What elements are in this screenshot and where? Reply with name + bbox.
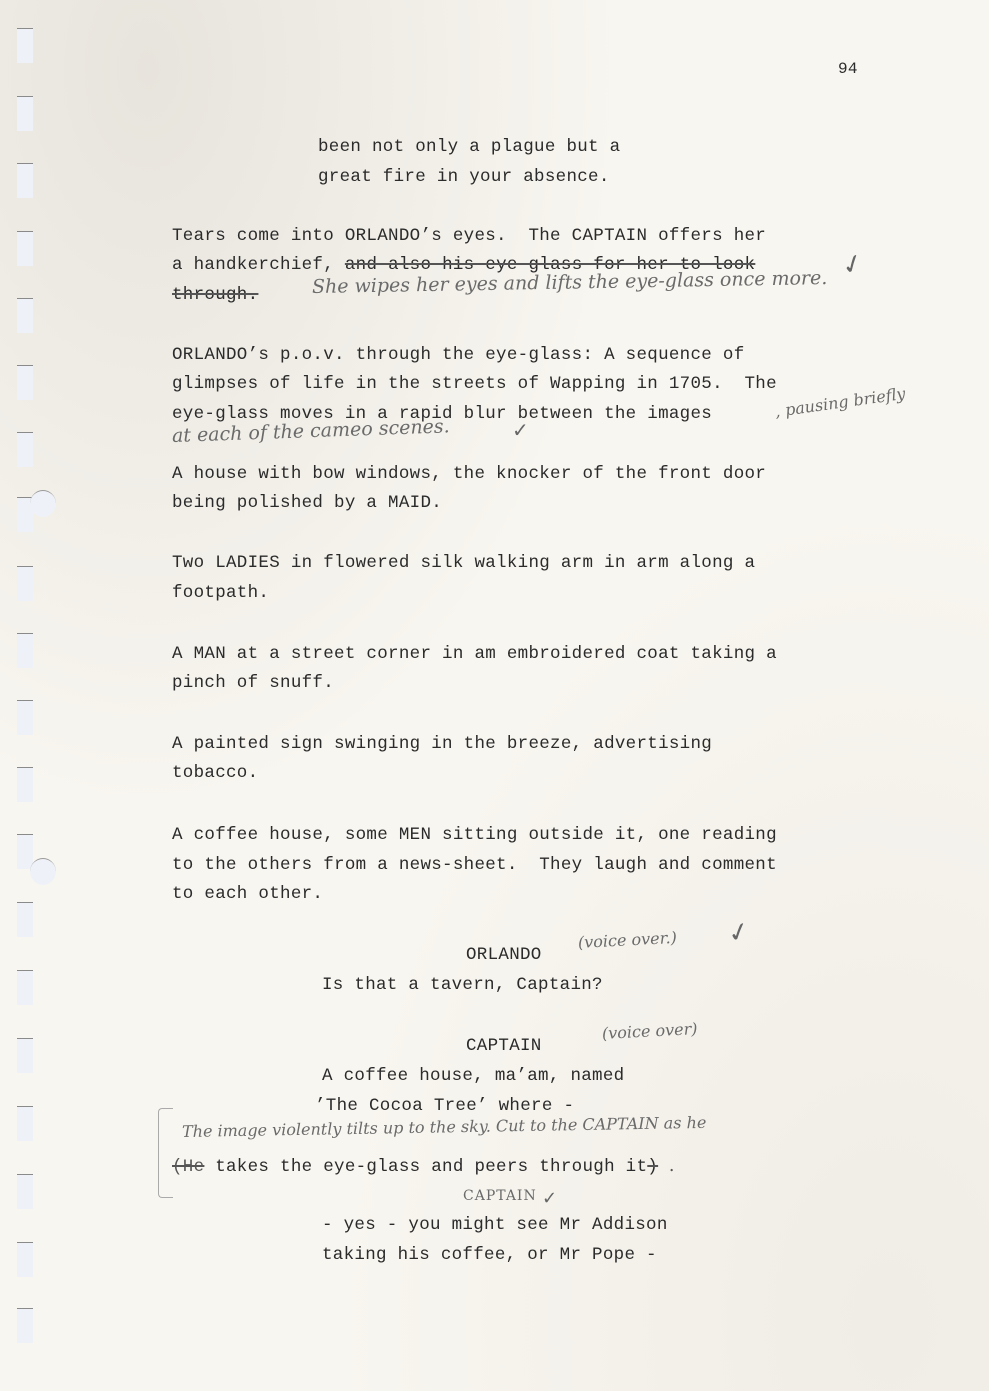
punch-hole <box>17 700 33 735</box>
punch-hole-round <box>30 490 56 517</box>
punch-hole <box>17 231 33 266</box>
character-name: CAPTAIN <box>466 1031 542 1061</box>
kept-text: takes the eye-glass and peers through it <box>204 1157 647 1177</box>
punch-hole <box>17 566 33 601</box>
action-line: pinch of snuff. <box>172 668 334 698</box>
action-line: being polished by a MAID. <box>172 488 442 518</box>
punch-hole <box>17 365 33 400</box>
punch-hole <box>17 970 33 1005</box>
action-line: to each other. <box>172 879 323 909</box>
action-line: Tears come into ORLANDO’s eyes. The CAPT… <box>172 221 766 251</box>
struck-text: (He <box>172 1157 204 1177</box>
check-mark-icon: ✓ <box>512 418 529 442</box>
action-line: to the others from a news-sheet. They la… <box>172 850 777 880</box>
punch-hole <box>17 28 33 63</box>
action-line: footpath. <box>172 578 269 608</box>
punch-hole <box>17 298 33 333</box>
punch-hole <box>17 633 33 668</box>
handwritten-period: . <box>669 1156 675 1176</box>
action-line: A house with bow windows, the knocker of… <box>172 459 766 489</box>
handwritten-note: CAPTAIN <box>463 1188 537 1204</box>
insertion-bracket <box>158 1108 173 1198</box>
struck-text: through. <box>172 280 258 310</box>
page-number: 94 <box>838 54 858 84</box>
punch-hole <box>17 1308 33 1343</box>
punch-hole <box>17 1242 33 1277</box>
dialogue-line: great fire in your absence. <box>318 162 610 192</box>
punch-hole-round <box>30 858 56 885</box>
dialogue-line: A coffee house, ma’am, named <box>322 1061 624 1091</box>
punch-hole <box>17 902 33 937</box>
dialogue-line: Is that a tavern, Captain? <box>322 970 603 1000</box>
punch-hole <box>17 1174 33 1209</box>
action-line: tobacco. <box>172 758 258 788</box>
action-line: ORLANDO’s p.o.v. through the eye-glass: … <box>172 340 745 370</box>
punch-hole <box>17 163 33 198</box>
punch-hole <box>17 96 33 131</box>
action-line: glimpses of life in the streets of Wappi… <box>172 369 777 399</box>
action-line: Two LADIES in flowered silk walking arm … <box>172 548 755 578</box>
action-line: (He takes the eye-glass and peers throug… <box>172 1151 675 1182</box>
action-line: A MAN at a street corner in am embroider… <box>172 639 777 669</box>
dialogue-line: - yes - you might see Mr Addison <box>322 1210 668 1240</box>
punch-hole <box>17 1038 33 1073</box>
punch-hole <box>17 834 33 869</box>
action-line: A coffee house, some MEN sitting outside… <box>172 820 777 850</box>
paper-background <box>0 0 989 1391</box>
punch-hole <box>17 432 33 467</box>
punch-hole <box>17 1106 33 1141</box>
struck-text: ) <box>647 1157 658 1177</box>
character-name: ORLANDO <box>466 940 542 970</box>
kept-text: a handkerchief <box>172 255 323 275</box>
dialogue-line: been not only a plague but a <box>318 132 620 162</box>
check-mark-icon: ✓ <box>542 1188 557 1209</box>
action-line: A painted sign swinging in the breeze, a… <box>172 729 712 759</box>
punch-hole <box>17 767 33 802</box>
dialogue-line: taking his coffee, or Mr Pope - <box>322 1240 657 1270</box>
